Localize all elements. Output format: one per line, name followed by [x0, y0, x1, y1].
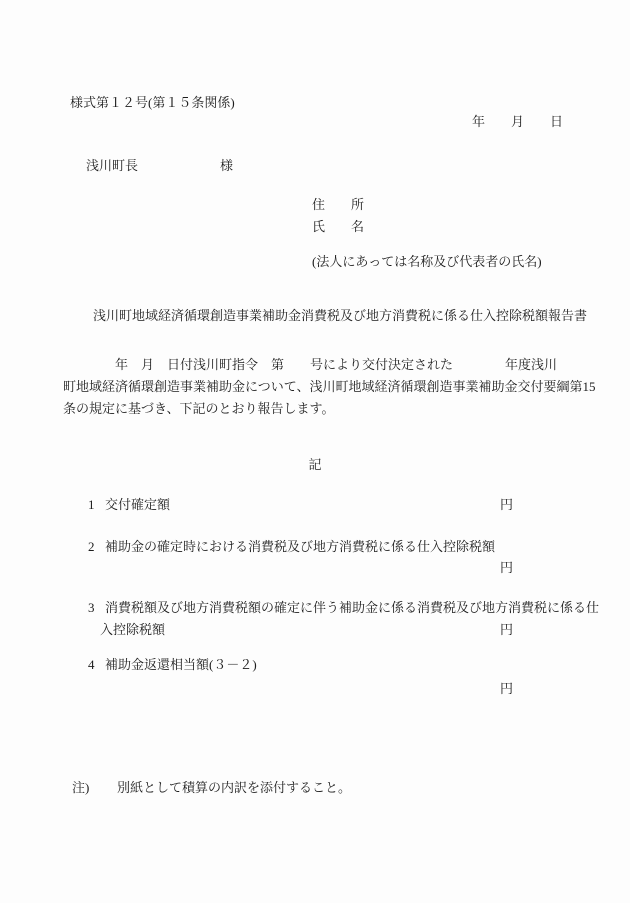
item-3-text-line-1: 消費税額及び地方消費税額の確定に伴う補助金に係る消費税及び地方消費税に係る仕	[105, 599, 599, 617]
body-paragraph-line-3: 条の規定に基づき、下記のとおり報告します。	[63, 400, 334, 418]
item-4-unit: 円	[500, 680, 513, 698]
item-2-number: 2	[88, 538, 95, 556]
note-prefix: 注)	[72, 779, 89, 797]
document-title: 浅川町地域経済循環創造事業補助金消費税及び地方消費税に係る仕入控除税額報告書	[93, 307, 587, 325]
item-3-text-line-2: 入控除税額	[100, 621, 165, 639]
item-4-text: 補助金返還相当額(３－２)	[105, 656, 257, 674]
item-2-text: 補助金の確定時における消費税及び地方消費税に係る仕入控除税額	[105, 538, 495, 556]
addressee-honorific: 様	[220, 157, 233, 175]
item-4-number: 4	[88, 656, 95, 674]
item-3-unit: 円	[500, 621, 513, 639]
item-1-unit: 円	[500, 496, 513, 514]
address-label: 住 所	[312, 196, 364, 214]
name-label: 氏 名	[312, 218, 364, 236]
body-paragraph-line-1: 年 月 日付浅川町指令 第 号により交付決定された 年度浅川	[63, 356, 557, 374]
form-number: 様式第１２号(第１５条関係)	[70, 94, 235, 112]
corporate-note: (法人にあっては名称及び代表者の氏名)	[312, 253, 542, 271]
item-1-text: 交付確定額	[105, 496, 170, 514]
addressee-name: 浅川町長	[86, 157, 138, 175]
item-1-number: 1	[88, 496, 95, 514]
date-line: 年 月 日	[472, 113, 563, 131]
record-marker: 記	[0, 456, 630, 474]
item-2-unit: 円	[500, 559, 513, 577]
body-paragraph-line-2: 町地域経済循環創造事業補助金について、浅川町地域経済循環創造事業補助金交付要綱第…	[63, 378, 595, 396]
item-3-number: 3	[88, 599, 95, 617]
document-page: 様式第１２号(第１５条関係) 年 月 日 浅川町長 様 住 所 氏 名 (法人に…	[0, 0, 630, 903]
note-text: 別紙として積算の内訳を添付すること。	[117, 779, 351, 797]
